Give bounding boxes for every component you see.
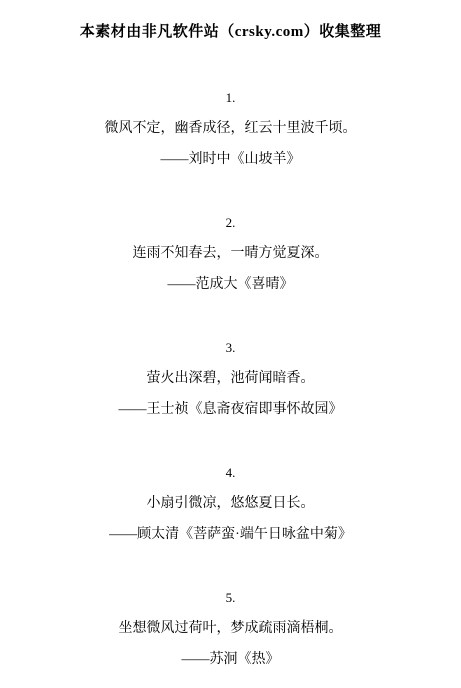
poem-entry-5: 5. 坐想微风过荷叶，梦成疏雨滴梧桐。 ——苏泂《热》 [0, 582, 461, 675]
entry-attribution: ——刘时中《山坡羊》 [0, 144, 461, 175]
document-title: 本素材由非凡软件站（crsky.com）收集整理 [0, 0, 461, 40]
poem-entry-1: 1. 微风不定，幽香成径，红云十里波千顷。 ——刘时中《山坡羊》 [0, 82, 461, 175]
poem-entry-3: 3. 萤火出深碧，池荷闻暗香。 ——王士祯《息斋夜宿即事怀故园》 [0, 332, 461, 425]
entry-number: 5. [0, 582, 461, 613]
entry-verse: 连雨不知春去，一晴方觉夏深。 [0, 238, 461, 269]
entry-verse: 小扇引微凉，悠悠夏日长。 [0, 488, 461, 519]
entry-verse: 坐想微风过荷叶，梦成疏雨滴梧桐。 [0, 613, 461, 644]
entry-number: 2. [0, 207, 461, 238]
entry-attribution: ——苏泂《热》 [0, 644, 461, 675]
entry-verse: 微风不定，幽香成径，红云十里波千顷。 [0, 113, 461, 144]
entry-number: 3. [0, 332, 461, 363]
entry-number: 1. [0, 82, 461, 113]
poem-list: 1. 微风不定，幽香成径，红云十里波千顷。 ——刘时中《山坡羊》 2. 连雨不知… [0, 82, 461, 675]
entry-attribution: ——王士祯《息斋夜宿即事怀故园》 [0, 394, 461, 425]
entry-number: 4. [0, 457, 461, 488]
document-page: 本素材由非凡软件站（crsky.com）收集整理 1. 微风不定，幽香成径，红云… [0, 0, 461, 688]
poem-entry-2: 2. 连雨不知春去，一晴方觉夏深。 ——范成大《喜晴》 [0, 207, 461, 300]
entry-attribution: ——范成大《喜晴》 [0, 269, 461, 300]
entry-attribution: ——顾太清《菩萨蛮·端午日咏盆中菊》 [0, 519, 461, 550]
entry-verse: 萤火出深碧，池荷闻暗香。 [0, 363, 461, 394]
poem-entry-4: 4. 小扇引微凉，悠悠夏日长。 ——顾太清《菩萨蛮·端午日咏盆中菊》 [0, 457, 461, 550]
